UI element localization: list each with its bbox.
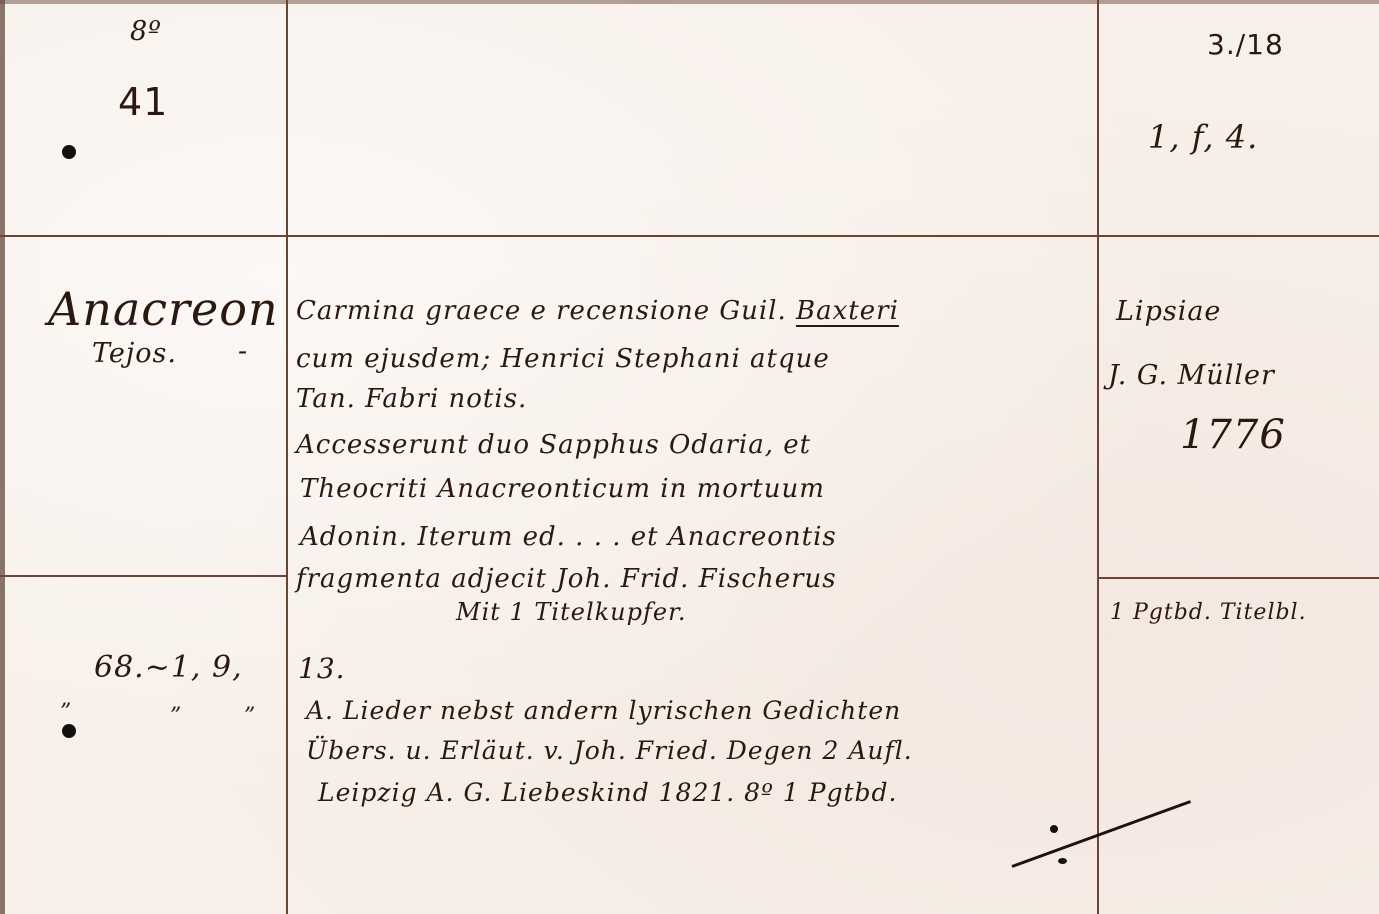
imprint-year: 1776 — [1180, 412, 1286, 458]
bullet-mark-top — [62, 145, 76, 159]
title-line-1-text: Carmina graece e recensione Guil. — [296, 296, 796, 326]
flourish-dot-1 — [1050, 825, 1058, 833]
title-line-3: Tan. Fabri notis. — [296, 384, 527, 414]
binding-note: 1 Pgtbd. Titelbl. — [1110, 600, 1307, 625]
card-number: 41 — [118, 80, 168, 124]
second-entry-line-3: Leipzig A. G. Liebeskind 1821. 8º 1 Pgtb… — [318, 778, 897, 807]
flourish-dot-2 — [1058, 858, 1067, 864]
second-entry-line-2: Übers. u. Erläut. v. Joh. Fried. Degen 2… — [306, 736, 913, 765]
imprint-publisher: J. G. Müller — [1108, 360, 1275, 391]
title-line-7: fragmenta adjecit Joh. Frid. Fischerus — [296, 564, 837, 594]
shelfmark: 3./18 — [1207, 28, 1284, 61]
imprint-place: Lipsiae — [1116, 296, 1221, 327]
editor-name-underlined: Baxteri — [796, 296, 899, 326]
title-line-2: cum ejusdem; Henrici Stephani atque — [296, 344, 830, 374]
volume-note: 1, f, 4. — [1148, 118, 1258, 156]
rule-horizontal-bottom-right — [1098, 577, 1379, 579]
rule-horizontal-top — [0, 235, 1379, 237]
ditto-mark-1: ” — [60, 700, 72, 725]
card-top-edge — [0, 0, 1379, 4]
title-line-4: Accesserunt duo Sapphus Odaria, et — [296, 430, 811, 460]
author-epithet: Tejos. — [92, 338, 177, 369]
rule-horizontal-bottom-left — [0, 575, 287, 577]
catalog-card: 8º 41 3./18 1, f, 4. Anacreon Tejos. - C… — [0, 0, 1379, 914]
second-entry-number: 13. — [298, 652, 346, 685]
rule-vertical-left — [286, 0, 288, 914]
ditto-mark-2: ” — [170, 704, 182, 729]
second-entry-line-1: A. Lieder nebst andern lyrischen Gedicht… — [306, 696, 901, 725]
author-name: Anacreon — [48, 282, 279, 336]
ditto-mark-3: ” — [244, 704, 256, 729]
format-note: 8º — [130, 16, 162, 47]
closing-flourish-line — [1011, 800, 1191, 868]
title-line-8: Mit 1 Titelkupfer. — [456, 598, 687, 626]
title-line-5: Theocriti Anacreonticum in mortuum — [300, 474, 825, 504]
rule-vertical-right — [1097, 0, 1099, 914]
author-dash: - — [238, 336, 248, 367]
bullet-mark-bottom — [62, 724, 76, 738]
title-line-6: Adonin. Iterum ed. . . . et Anacreontis — [300, 522, 837, 552]
card-left-edge — [0, 0, 5, 914]
title-line-1: Carmina graece e recensione Guil. Baxter… — [296, 296, 899, 326]
second-entry-shelf: 68.~1, 9, — [94, 650, 243, 685]
